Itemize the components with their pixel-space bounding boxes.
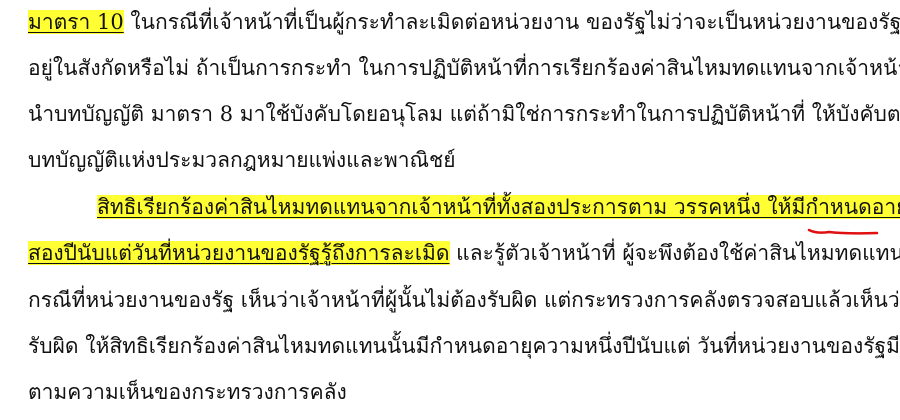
line-text: ในกรณีที่เจ้าหน้าที่เป็นผู้กระทำละเมิดต่… bbox=[124, 10, 900, 34]
highlighted-text: สิทธิเรียกร้องค่าสินไหมทดแทนจากเจ้าหน้าท… bbox=[97, 195, 900, 219]
red-underline-annotation-icon bbox=[807, 228, 879, 236]
paragraph-line-1: มาตรา 10 ในกรณีที่เจ้าหน้าที่เป็นผู้กระท… bbox=[28, 7, 900, 37]
paragraph-line-6: สองปีนับแต่วันที่หน่วยงานของรัฐรู้ถึงการ… bbox=[28, 238, 900, 268]
highlighted-text: สองปีนับแต่วันที่หน่วยงานของรัฐรู้ถึงการ… bbox=[28, 241, 450, 265]
highlighted-section-number: มาตรา 10 bbox=[28, 10, 124, 34]
line-text: ตามความเห็นของกระทรวงการคลัง bbox=[28, 380, 347, 404]
paragraph-line-8: รับผิด ให้สิทธิเรียกร้องค่าสินไหมทดแทนนั… bbox=[28, 331, 900, 361]
line-text: บทบัญญัติแห่งประมวลกฎหมายแพ่งและพาณิชย์ bbox=[28, 148, 456, 172]
line-text: รับผิด ให้สิทธิเรียกร้องค่าสินไหมทดแทนนั… bbox=[28, 334, 900, 358]
paragraph-line-3: นำบทบัญญัติ มาตรา 8 มาใช้บังคับโดยอนุโลม… bbox=[28, 99, 900, 129]
paragraph-line-7: กรณีที่หน่วยงานของรัฐ เห็นว่าเจ้าหน้าที่… bbox=[28, 285, 900, 315]
line-text: และรู้ตัวเจ้าหน้าที่ ผู้จะพึงต้องใช้ค่าส… bbox=[450, 241, 900, 265]
paragraph-line-5: สิทธิเรียกร้องค่าสินไหมทดแทนจากเจ้าหน้าท… bbox=[97, 192, 900, 222]
paragraph-line-9: ตามความเห็นของกระทรวงการคลัง bbox=[28, 377, 347, 407]
line-text: นำบทบัญญัติ มาตรา 8 มาใช้บังคับโดยอนุโลม… bbox=[28, 102, 900, 126]
paragraph-line-2: อยู่ในสังกัดหรือไม่ ถ้าเป็นการกระทำ ในกา… bbox=[28, 53, 900, 83]
line-text: กรณีที่หน่วยงานของรัฐ เห็นว่าเจ้าหน้าที่… bbox=[28, 288, 900, 312]
paragraph-line-4: บทบัญญัติแห่งประมวลกฎหมายแพ่งและพาณิชย์ bbox=[28, 145, 456, 175]
line-text: อยู่ในสังกัดหรือไม่ ถ้าเป็นการกระทำ ในกา… bbox=[28, 56, 900, 80]
